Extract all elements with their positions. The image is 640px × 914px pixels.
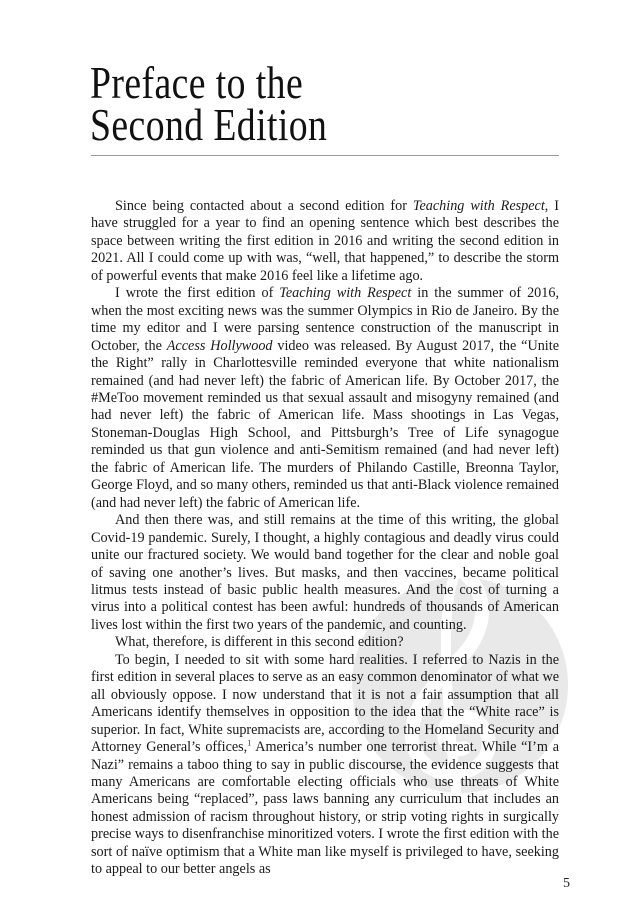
page-number: 5 [563, 876, 570, 892]
paragraph: And then there was, and still remains at… [91, 512, 559, 634]
text-run: America’s number one terrorist threat. W… [91, 739, 559, 877]
book-page: Preface to the Second Edition Since bein… [0, 0, 640, 914]
text-run: video was released. By August 2017, the … [91, 338, 559, 511]
text-run: And then there was, and still remains at… [91, 512, 559, 633]
body-text: Since being contacted about a second edi… [91, 198, 559, 879]
heading-divider [91, 155, 559, 156]
italic-title: Access Hollywood [167, 338, 273, 354]
italic-title: Teaching with Respect [279, 285, 411, 301]
chapter-heading-line-2: Second Edition [90, 99, 327, 150]
text-run: Since being contacted about a second edi… [115, 198, 413, 214]
chapter-heading: Preface to the Second Edition [90, 62, 475, 146]
paragraph: Since being contacted about a second edi… [91, 198, 559, 285]
italic-title: Teaching with Respect [413, 198, 545, 214]
paragraph: What, therefore, is different in this se… [91, 634, 559, 651]
paragraph: I wrote the first edition of Teaching wi… [91, 285, 559, 512]
text-run: What, therefore, is different in this se… [115, 634, 404, 650]
paragraph: To begin, I needed to sit with some hard… [91, 652, 559, 879]
text-run: I wrote the first edition of [115, 285, 279, 301]
